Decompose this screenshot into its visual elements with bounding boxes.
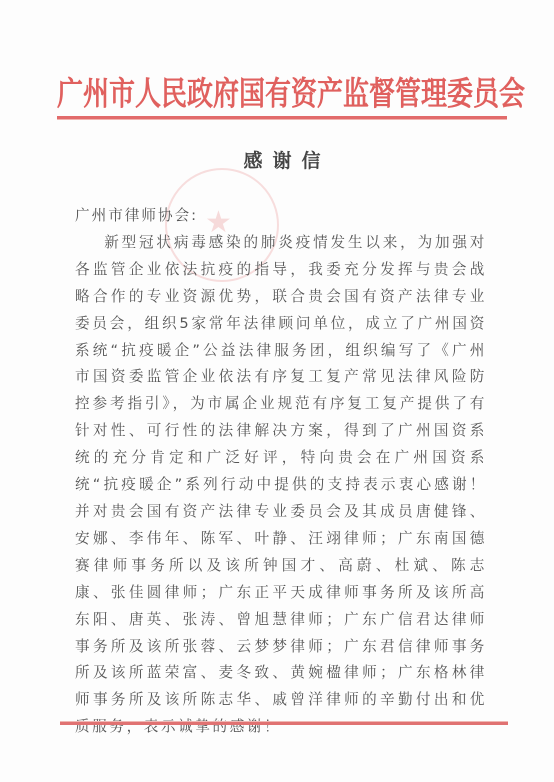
- footer-red-rule: [60, 721, 508, 725]
- document-title: 感谢信: [0, 146, 554, 173]
- letter-page: 广州市人民政府国有资产监督管理委员会 ★ 感谢信 广州市律师协会: 新型冠状病毒…: [0, 0, 554, 782]
- letterhead-red-rule: [57, 116, 507, 120]
- body-paragraph: 新型冠状病毒感染的肺炎疫情发生以来，为加强对各监管企业依法抗疫的指导，我委充分发…: [75, 230, 487, 741]
- letterhead-organization: 广州市人民政府国有资产监督管理委员会: [57, 68, 507, 114]
- letter-body: 广州市律师协会: 新型冠状病毒感染的肺炎疫情发生以来，为加强对各监管企业依法抗疫…: [75, 203, 487, 741]
- salutation: 广州市律师协会:: [75, 203, 487, 230]
